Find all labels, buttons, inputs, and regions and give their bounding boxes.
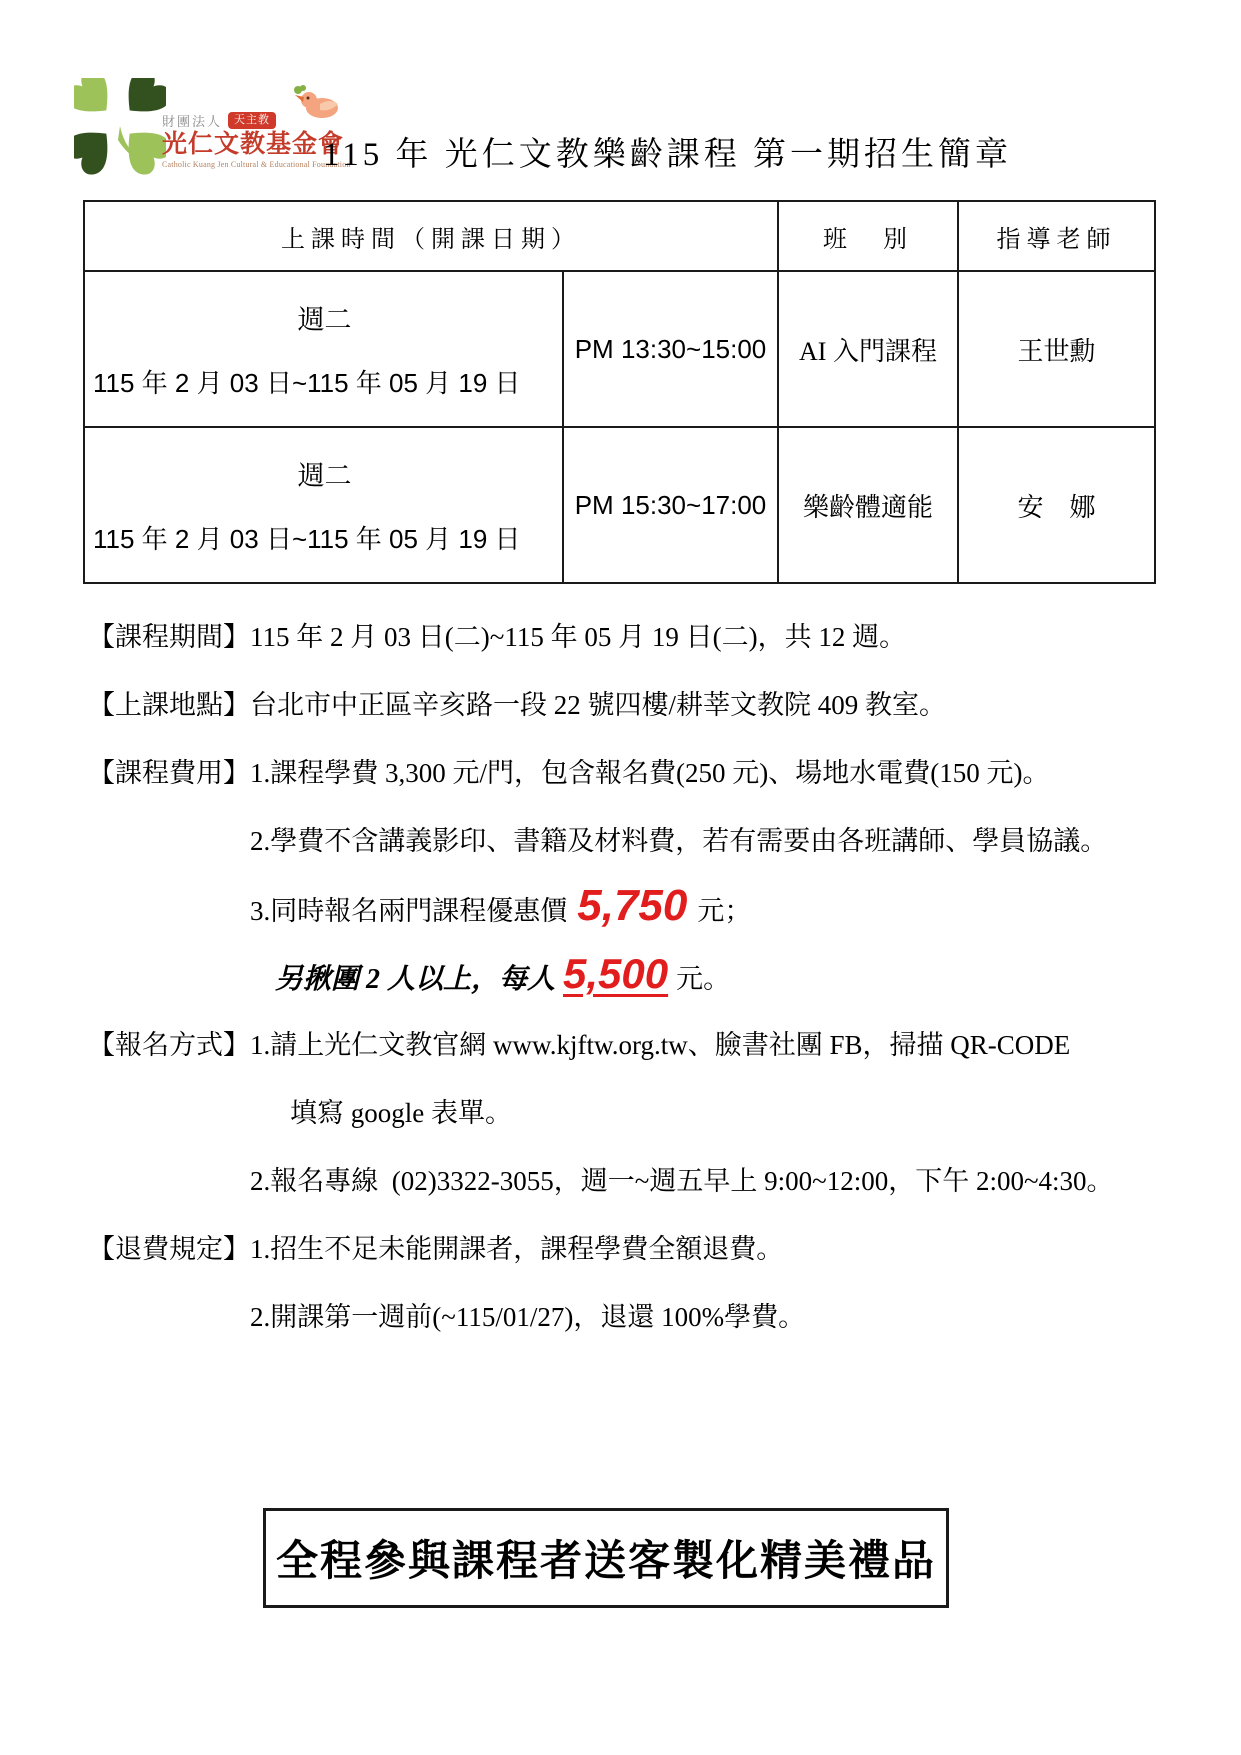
section-fees-item2: 2.學費不含講義影印、書籍及材料費，若有需要由各班講師、學員協議。 <box>83 804 1211 872</box>
weekday: 週二 <box>93 298 556 337</box>
schedule-table: 上課時間（開課日期） 班 別 指導老師 週二 115 年 2 月 03 日~11… <box>83 200 1156 584</box>
section-label: 【報名方式】 <box>83 1023 250 1062</box>
header: 財團法人 天主教 光仁文教基金會 Catholic Kuang Jen Cult… <box>0 0 1241 200</box>
group-price: 5,500 <box>563 950 668 997</box>
section-text: 2.學費不含講義影印、書籍及材料費，若有需要由各班講師、學員協議。 <box>250 819 1107 858</box>
date-range: 115 年 2 月 03 日~115 年 05 月 19 日 <box>93 519 556 556</box>
date-range: 115 年 2 月 03 日~115 年 05 月 19 日 <box>93 363 556 400</box>
discount-text: 3.同時報名兩門課程優惠價 <box>250 896 567 926</box>
section-refund-item1: 【退費規定】 1.招生不足未能開課者，課程學費全額退費。 <box>83 1212 1211 1280</box>
gift-banner: 全程參與課程者送客製化精美禮品 <box>263 1508 949 1608</box>
discount-price: 5,750 <box>577 881 687 930</box>
section-label: 【課程費用】 <box>83 751 250 790</box>
cell-dates: 週二 115 年 2 月 03 日~115 年 05 月 19 日 <box>84 427 563 583</box>
cell-time: PM 15:30~17:00 <box>563 427 778 583</box>
weekday: 週二 <box>93 454 556 493</box>
section-text: 1.招生不足未能開課者，課程學費全額退費。 <box>250 1227 783 1266</box>
header-class-time: 上課時間（開課日期） <box>84 201 778 271</box>
section-refund-item2: 2.開課第一週前(~115/01/27)，退還 100%學費。 <box>83 1280 1211 1348</box>
section-text: 台北市中正區辛亥路一段 22 號四樓/耕莘文教院 409 教室。 <box>250 683 946 722</box>
bird-icon <box>292 84 344 124</box>
section-fees-group: 另揪團 2 人以上，每人5,500元。 <box>83 940 1211 1008</box>
flyer-body: 【課程期間】 115 年 2 月 03 日(二)~115 年 05 月 19 日… <box>83 600 1211 1348</box>
clover-logo-icon <box>74 78 166 182</box>
section-label: 【課程期間】 <box>83 615 250 654</box>
cell-dates: 週二 115 年 2 月 03 日~115 年 05 月 19 日 <box>84 271 563 427</box>
logo-religion-badge: 天主教 <box>228 112 276 129</box>
section-registration-item2: 2.報名專線 (02)3322-3055，週一~週五早上 9:00~12:00，… <box>83 1144 1211 1212</box>
logo-org-type: 財團法人 <box>162 111 222 130</box>
header-class-name: 班 別 <box>778 201 958 271</box>
section-label: 【退費規定】 <box>83 1227 250 1266</box>
cell-teacher: 王世勳 <box>958 271 1155 427</box>
cell-time: PM 13:30~15:00 <box>563 271 778 427</box>
section-label: 【上課地點】 <box>83 683 250 722</box>
section-text: 2.開課第一週前(~115/01/27)，退還 100%學費。 <box>250 1295 805 1334</box>
table-row: 週二 115 年 2 月 03 日~115 年 05 月 19 日 PM 15:… <box>84 427 1155 583</box>
section-text: 填寫 google 表單。 <box>250 1091 512 1130</box>
section-registration-item1b: 填寫 google 表單。 <box>83 1076 1211 1144</box>
section-text: 2.報名專線 (02)3322-3055，週一~週五早上 9:00~12:00，… <box>250 1159 1114 1198</box>
section-period: 【課程期間】 115 年 2 月 03 日(二)~115 年 05 月 19 日… <box>83 600 1211 668</box>
header-teacher: 指導老師 <box>958 201 1155 271</box>
section-text: 115 年 2 月 03 日(二)~115 年 05 月 19 日(二)，共 1… <box>250 615 906 654</box>
table-row: 週二 115 年 2 月 03 日~115 年 05 月 19 日 PM 13:… <box>84 271 1155 427</box>
cell-teacher: 安 娜 <box>958 427 1155 583</box>
group-unit: 元。 <box>676 964 730 994</box>
section-fees-item1: 【課程費用】 1.課程學費 3,300 元/門，包含報名費(250 元)、場地水… <box>83 736 1211 804</box>
section-text: 1.課程學費 3,300 元/門，包含報名費(250 元)、場地水電費(150 … <box>250 751 1049 790</box>
gift-banner-text: 全程參與課程者送客製化精美禮品 <box>276 1528 936 1588</box>
section-text: 3.同時報名兩門課程優惠價5,750元； <box>250 881 751 931</box>
section-fees-item3: 3.同時報名兩門課程優惠價5,750元； <box>83 872 1211 940</box>
discount-unit: 元； <box>697 896 751 926</box>
group-text: 另揪團 2 人以上，每人 <box>275 964 555 995</box>
section-location: 【上課地點】 台北市中正區辛亥路一段 22 號四樓/耕莘文教院 409 教室。 <box>83 668 1211 736</box>
cell-class-name: AI 入門課程 <box>778 271 958 427</box>
table-header-row: 上課時間（開課日期） 班 別 指導老師 <box>84 201 1155 271</box>
section-registration-item1: 【報名方式】 1.請上光仁文教官網 www.kjftw.org.tw、臉書社團 … <box>83 1008 1211 1076</box>
cell-class-name: 樂齡體適能 <box>778 427 958 583</box>
section-text: 1.請上光仁文教官網 www.kjftw.org.tw、臉書社團 FB，掃描 Q… <box>250 1023 1070 1062</box>
page-title: 115 年 光仁文教樂齡課程 第一期招生簡章 <box>323 128 1012 175</box>
flyer-page: 財團法人 天主教 光仁文教基金會 Catholic Kuang Jen Cult… <box>0 0 1241 1755</box>
section-text: 另揪團 2 人以上，每人5,500元。 <box>250 950 730 998</box>
